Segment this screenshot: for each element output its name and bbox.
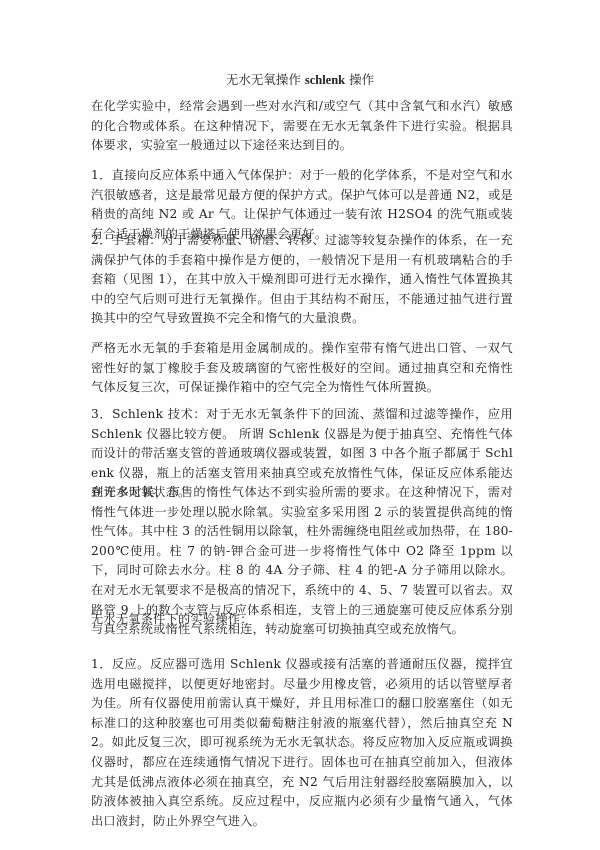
- document-page: 无水无氧操作 schlenk 操作 在化学实验中，经常会遇到一些对水汽和/或空气…: [0, 0, 600, 850]
- paragraph-operation-1-reaction: 1．反应。反应器可选用 Schlenk 仪器或接有活塞的普通耐压仪器，搅拌宜选用…: [91, 655, 513, 831]
- paragraph-intro: 在化学实验中，经常会遇到一些对水汽和/或空气（其中含氧气和水汽）敏感的化合物或体…: [91, 97, 513, 156]
- paragraph-method-2-glovebox: 2．手套箱：对于需要称量、研磨、转移、过滤等较复杂操作的体系，在一充满保护气体的…: [91, 231, 513, 329]
- title-bold-term: schlenk: [305, 73, 345, 87]
- section-heading-operations: 无水无氧条件下的实验操作：: [91, 610, 513, 630]
- title-suffix: 操作: [345, 72, 374, 87]
- paragraph-metal-glovebox: 严格无水无氧的手套箱是用金属制成的。操作室带有惰气进出口管、一双气密性好的氯丁橡…: [91, 339, 513, 398]
- title-prefix: 无水无氧操作: [226, 72, 305, 87]
- document-title: 无水无氧操作 schlenk 操作: [0, 71, 600, 89]
